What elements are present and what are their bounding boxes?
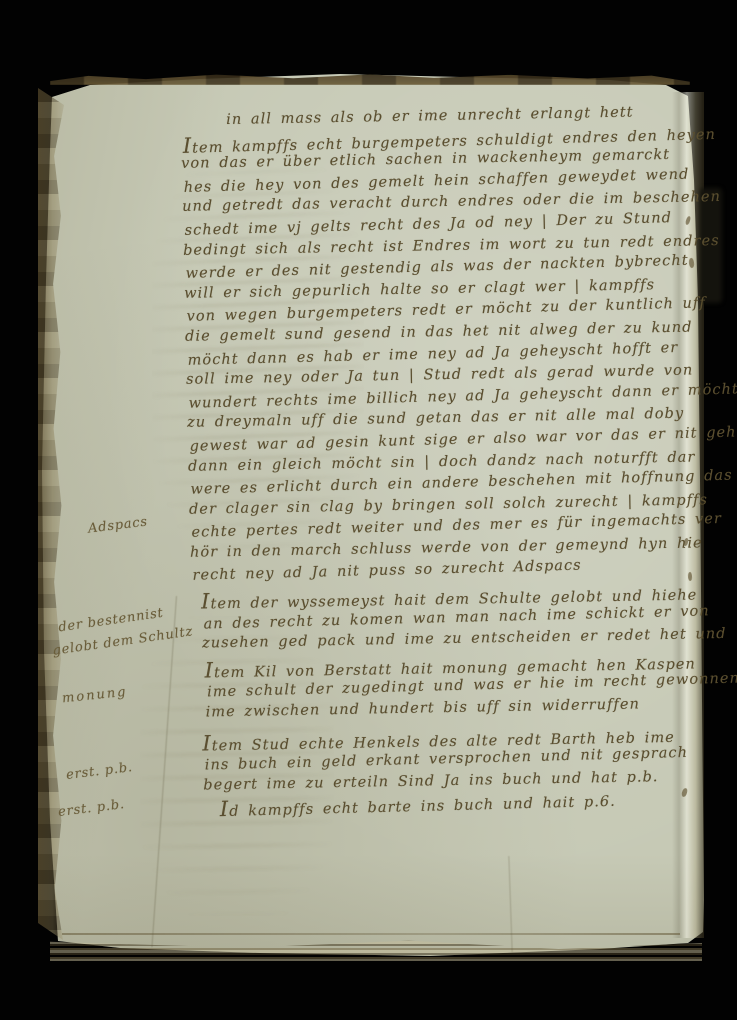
entry-paragraph: Item der wyssemeyst hait dem Schulte gel…	[191, 580, 716, 657]
entry-paragraph: in all mass als ob er ime unrecht erlang…	[180, 100, 715, 587]
manuscript-text-block: in all mass als ob er ime unrecht erlang…	[180, 100, 720, 820]
bottom-edge-line	[62, 933, 680, 935]
torn-top-edge	[50, 72, 690, 85]
entry-paragraph: Item Stud echte Henkels des alte redt Ba…	[194, 722, 720, 820]
manuscript-photo-stage: in all mass als ob er ime unrecht erlang…	[0, 0, 737, 1020]
entry-paragraph: Item Kil von Berstatt hait monung gemach…	[192, 649, 717, 726]
